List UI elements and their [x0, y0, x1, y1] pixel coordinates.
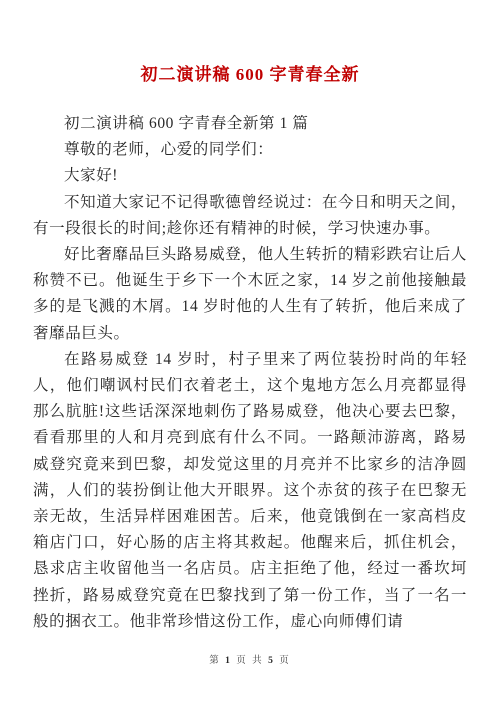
footer-page-number: 1	[225, 656, 232, 666]
footer-label-suffix: 页	[279, 656, 291, 666]
footer-label-prefix: 第	[209, 656, 221, 666]
paragraph-greeting: 大家好!	[33, 163, 467, 189]
footer-total-pages: 5	[268, 656, 275, 666]
paragraph-louis-vuitton-intro: 好比奢靡品巨头路易威登，他人生转折的精彩跌宕让后人称赞不已。他诞生于乡下一个木匠…	[33, 242, 467, 347]
paragraph-section-heading: 初二演讲稿 600 字青春全新第 1 篇	[33, 111, 467, 137]
footer-label-mid: 页 共	[236, 656, 263, 666]
document-body: 初二演讲稿 600 字青春全新第 1 篇 尊敬的老师，心爱的同学们： 大家好! …	[33, 111, 467, 635]
page-title: 初二演讲稿 600 字青春全新	[0, 0, 500, 85]
document-page: 初二演讲稿 600 字青春全新 初二演讲稿 600 字青春全新第 1 篇 尊敬的…	[0, 0, 500, 707]
page-footer: 第 1 页 共 5 页	[0, 652, 500, 666]
paragraph-louis-vuitton-story: 在路易威登 14 岁时，村子里来了两位装扮时尚的年轻人，他们嘲讽村民们衣着老土，…	[33, 347, 467, 635]
paragraph-quote-goethe: 不知道大家记不记得歌德曾经说过：在今日和明天之间，有一段很长的时间;趁你还有精神…	[33, 190, 467, 242]
paragraph-salutation: 尊敬的老师，心爱的同学们：	[33, 137, 467, 163]
